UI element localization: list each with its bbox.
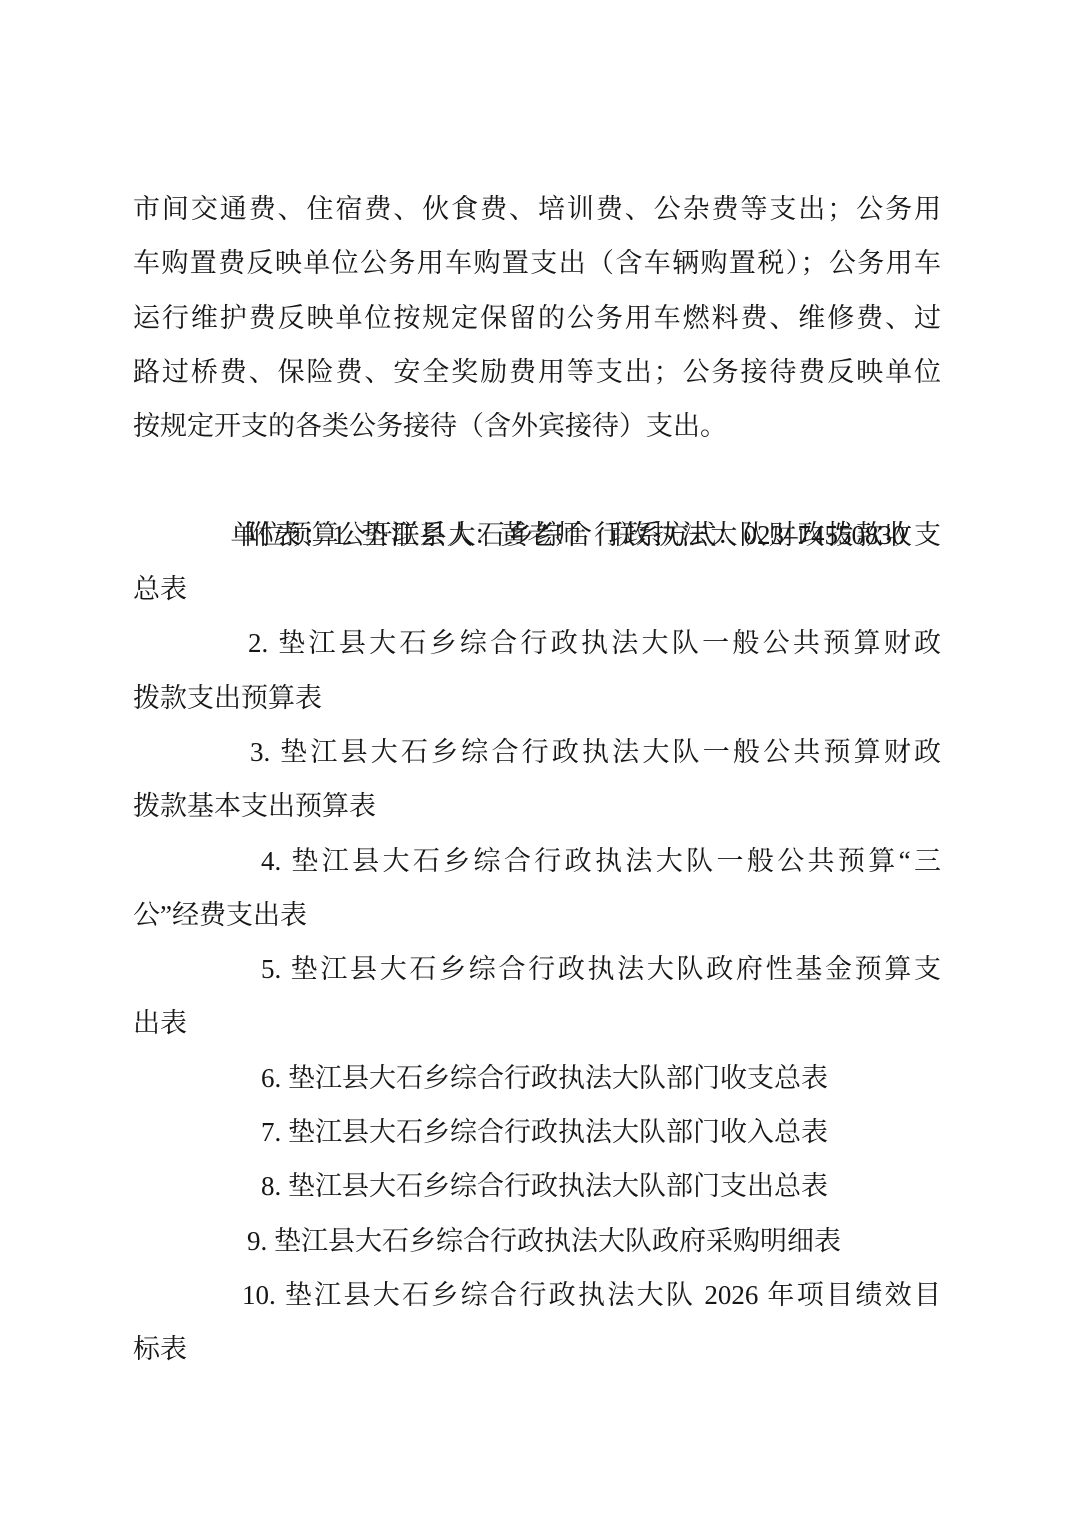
document-text-block: 市间交通费、住宿费、伙食费、培训费、公杂费等支出；公务用 车购置费反映单位公务用… [133,182,941,1377]
attachment-table-2-line-2: 拨款支出预算表 [133,671,941,725]
attachment-table-1-line-2: 总表 [133,562,941,616]
attachment-table-10-line-2: 标表 [133,1322,941,1376]
attachment-table-6-line-1: 6. 垫江县大石乡综合行政执法大队部门收支总表 [133,1051,941,1105]
expense-paragraph-line-4: 路过桥费、保险费、安全奖励费用等支出；公务接待费反映单位 [133,345,941,399]
expense-paragraph-line-1: 市间交通费、住宿费、伙食费、培训费、公杂费等支出；公务用 [133,182,941,236]
attachment-table-10-line-1: 10. 垫江县大石乡综合行政执法大队 2026 年项目绩效目 [133,1268,941,1322]
attachment-table-3-line-2: 拨款基本支出预算表 [133,779,941,833]
expense-paragraph-line-2: 车购置费反映单位公务用车购置支出（含车辆购置税）；公务用车 [133,236,941,290]
contact-line: 单位预算公开联系人：黄老师联系方式：023–74550830 [133,453,941,507]
expense-paragraph-line-5: 按规定开支的各类公务接待（含外宾接待）支出。 [133,399,941,453]
attachment-table-5-line-1: 5. 垫江县大石乡综合行政执法大队政府性基金预算支 [133,942,941,996]
attachment-table-2-line-1: 2. 垫江县大石乡综合行政执法大队一般公共预算财政 [133,616,941,670]
attachment-table-3-line-1: 3. 垫江县大石乡综合行政执法大队一般公共预算财政 [133,725,941,779]
attachment-table-9-line-1: 9. 垫江县大石乡综合行政执法大队政府采购明细表 [133,1214,941,1268]
attachment-table-1-line-1: 附表：1. 垫江县大石乡综合行政执法大队财政拨款收支 [133,508,941,562]
attachment-table-5-line-2: 出表 [133,996,941,1050]
document-page: 市间交通费、住宿费、伙食费、培训费、公杂费等支出；公务用 车购置费反映单位公务用… [0,0,1074,1520]
attachment-table-8-line-1: 8. 垫江县大石乡综合行政执法大队部门支出总表 [133,1159,941,1213]
expense-paragraph-line-3: 运行维护费反映单位按规定保留的公务用车燃料费、维修费、过 [133,291,941,345]
attachment-table-4-line-1: 4. 垫江县大石乡综合行政执法大队一般公共预算“三 [133,834,941,888]
attachment-table-4-line-2: 公”经费支出表 [133,888,941,942]
attachment-table-7-line-1: 7. 垫江县大石乡综合行政执法大队部门收入总表 [133,1105,941,1159]
